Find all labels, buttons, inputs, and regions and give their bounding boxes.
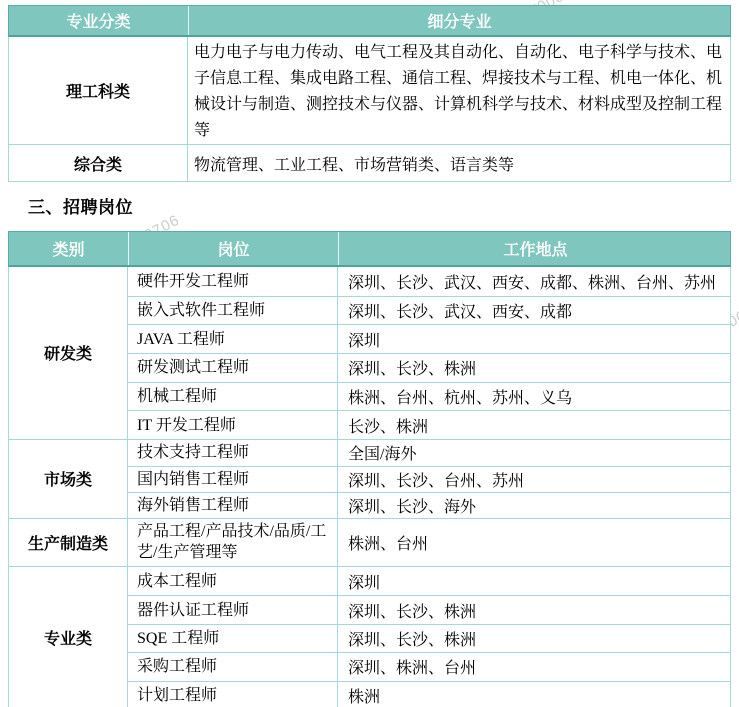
table-row: 嵌入式软件工程师 深圳、长沙、武汉、西安、成都 <box>128 296 730 325</box>
category-group-manufacturing: 生产制造类 产品工程/产品技术/品质/工艺/生产管理等 株洲、台州 <box>9 518 730 566</box>
positions-table-body: 研发类 硬件开发工程师 深圳、长沙、武汉、西安、成都、株洲、台州、苏州 嵌入式软… <box>8 267 731 707</box>
table-row: 研发测试工程师 深圳、长沙、株洲 <box>128 353 730 382</box>
position-cell: 器件认证工程师 <box>128 596 338 623</box>
section-heading: 三、招聘岗位 <box>28 193 133 218</box>
table-row: 采购工程师 深圳、株洲、台州 <box>128 652 730 680</box>
table-row: 技术支持工程师 全国/海外 <box>128 440 730 466</box>
majors-table-body: 理工科类 电力电子与电力传动、电气工程及其自动化、自动化、电子科学与技术、电子信… <box>8 37 731 182</box>
table-row: 海外销售工程师 深圳、长沙、海外 <box>128 492 730 518</box>
location-cell: 株洲、台州 <box>338 519 730 566</box>
table-row: 理工科类 电力电子与电力传动、电气工程及其自动化、自动化、电子科学与技术、电子信… <box>9 37 730 144</box>
position-cell: JAVA 工程师 <box>128 325 338 353</box>
majors-cell: 电力电子与电力传动、电气工程及其自动化、自动化、电子科学与技术、电子信息工程、集… <box>188 37 730 144</box>
positions-table: 类别 岗位 工作地点 研发类 硬件开发工程师 深圳、长沙、武汉、西安、成都、株洲… <box>8 231 731 707</box>
category-cell: 专业类 <box>9 567 128 707</box>
category-cell: 理工科类 <box>9 37 188 144</box>
group-rows: 硬件开发工程师 深圳、长沙、武汉、西安、成都、株洲、台州、苏州 嵌入式软件工程师… <box>128 267 730 439</box>
location-cell: 深圳、株洲、台州 <box>338 653 730 680</box>
category-group-rd: 研发类 硬件开发工程师 深圳、长沙、武汉、西安、成都、株洲、台州、苏州 嵌入式软… <box>9 267 730 439</box>
position-cell: 产品工程/产品技术/品质/工艺/生产管理等 <box>128 519 338 566</box>
location-cell: 株洲、台州、杭州、苏州、义乌 <box>338 383 730 411</box>
location-cell: 深圳、长沙、武汉、西安、成都 <box>338 297 730 325</box>
position-cell: 技术支持工程师 <box>128 440 338 466</box>
table-row: 成本工程师 深圳 <box>128 567 730 595</box>
location-cell: 深圳、长沙、株洲 <box>338 625 730 652</box>
category-group-professional: 专业类 成本工程师 深圳 器件认证工程师 深圳、长沙、株洲 SQE 工程师 深圳… <box>9 566 730 707</box>
position-cell: 硬件开发工程师 <box>128 267 338 296</box>
table-row: SQE 工程师 深圳、长沙、株洲 <box>128 624 730 652</box>
position-cell: 研发测试工程师 <box>128 354 338 382</box>
location-cell: 深圳 <box>338 567 730 595</box>
positions-table-header-row: 类别 岗位 工作地点 <box>8 231 731 267</box>
location-cell: 深圳、长沙、台州、苏州 <box>338 467 730 492</box>
location-cell: 长沙、株洲 <box>338 411 730 439</box>
position-cell: 采购工程师 <box>128 653 338 680</box>
table-row: 综合类 物流管理、工业工程、市场营销类、语言类等 <box>9 144 730 181</box>
position-cell: 成本工程师 <box>128 567 338 595</box>
position-cell: 国内销售工程师 <box>128 467 338 492</box>
category-column-header: 类别 <box>9 232 128 265</box>
position-cell: 计划工程师 <box>128 682 338 707</box>
majors-table: 专业分类 细分专业 理工科类 电力电子与电力传动、电气工程及其自动化、自动化、电… <box>8 5 731 182</box>
location-cell: 全国/海外 <box>338 440 730 466</box>
category-cell: 生产制造类 <box>9 519 128 566</box>
category-column-header: 专业分类 <box>9 6 188 35</box>
position-cell: 嵌入式软件工程师 <box>128 297 338 325</box>
table-row: 产品工程/产品技术/品质/工艺/生产管理等 株洲、台州 <box>128 519 730 566</box>
table-row: 硬件开发工程师 深圳、长沙、武汉、西安、成都、株洲、台州、苏州 <box>128 267 730 296</box>
position-column-header: 岗位 <box>128 232 338 265</box>
majors-column-header: 细分专业 <box>188 6 730 35</box>
location-cell: 深圳、长沙、武汉、西安、成都、株洲、台州、苏州 <box>338 267 730 296</box>
location-cell: 株洲 <box>338 682 730 707</box>
table-row: IT 开发工程师 长沙、株洲 <box>128 410 730 439</box>
category-cell: 综合类 <box>9 145 188 181</box>
category-group-market: 市场类 技术支持工程师 全国/海外 国内销售工程师 深圳、长沙、台州、苏州 海外… <box>9 439 730 518</box>
position-cell: 海外销售工程师 <box>128 493 338 518</box>
position-cell: 机械工程师 <box>128 383 338 411</box>
position-cell: SQE 工程师 <box>128 625 338 652</box>
location-column-header: 工作地点 <box>338 232 732 265</box>
document-page: 郑茂娟-W00009706 郑茂娟-W00009706 郑茂娟-W0000970… <box>0 0 739 707</box>
category-cell: 市场类 <box>9 440 128 518</box>
majors-cell: 物流管理、工业工程、市场营销类、语言类等 <box>188 145 730 181</box>
majors-table-header-row: 专业分类 细分专业 <box>8 5 731 37</box>
location-cell: 深圳、长沙、株洲 <box>338 596 730 623</box>
category-cell: 研发类 <box>9 267 128 439</box>
location-cell: 深圳、长沙、海外 <box>338 493 730 518</box>
location-cell: 深圳、长沙、株洲 <box>338 354 730 382</box>
group-rows: 成本工程师 深圳 器件认证工程师 深圳、长沙、株洲 SQE 工程师 深圳、长沙、… <box>128 567 730 707</box>
table-row: 器件认证工程师 深圳、长沙、株洲 <box>128 595 730 623</box>
group-rows: 产品工程/产品技术/品质/工艺/生产管理等 株洲、台州 <box>128 519 730 566</box>
table-row: 计划工程师 株洲 <box>128 681 730 707</box>
group-rows: 技术支持工程师 全国/海外 国内销售工程师 深圳、长沙、台州、苏州 海外销售工程… <box>128 440 730 518</box>
location-cell: 深圳 <box>338 325 730 353</box>
position-cell: IT 开发工程师 <box>128 411 338 439</box>
table-row: 机械工程师 株洲、台州、杭州、苏州、义乌 <box>128 382 730 411</box>
table-row: JAVA 工程师 深圳 <box>128 324 730 353</box>
table-row: 国内销售工程师 深圳、长沙、台州、苏州 <box>128 466 730 492</box>
